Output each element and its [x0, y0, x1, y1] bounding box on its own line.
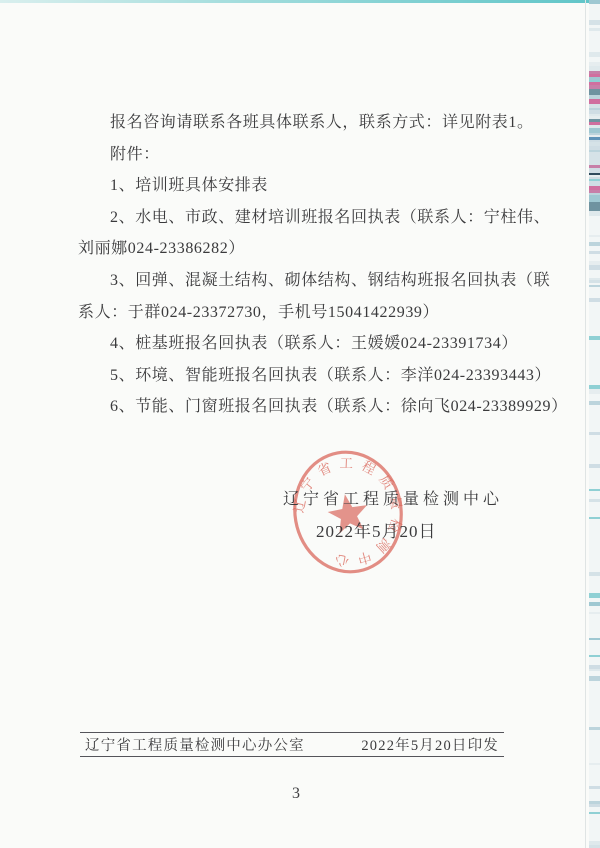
official-seal-stamp: 辽宁省工程质量检测中心	[280, 438, 417, 586]
paper-edge-line	[585, 0, 586, 848]
page-number: 3	[0, 785, 592, 803]
body-line: 报名咨询请联系各班具体联系人，联系方式：详见附表1。	[78, 107, 523, 139]
footer-office: 辽宁省工程质量检测中心办公室	[85, 734, 305, 755]
signature-date: 2022年5月20日	[316, 517, 437, 542]
body-line: 1、培训班具体安排表	[78, 170, 523, 202]
scan-noise-strip	[589, 0, 600, 848]
body-line: 4、桩基班报名回执表（联系人：王媛媛024-23391734）	[78, 328, 523, 360]
body-line: 3、回弹、混凝土结构、砌体结构、钢结构班报名回执表（联	[78, 265, 523, 297]
body-line: 刘丽娜024-23386282）	[78, 233, 523, 265]
scanner-artifact-top-line	[0, 0, 600, 3]
scanned-document-page: 报名咨询请联系各班具体联系人，联系方式：详见附表1。附件：1、培训班具体安排表2…	[0, 0, 600, 848]
body-line: 附件：	[78, 139, 523, 171]
signature-organization: 辽宁省工程质量检测中心	[283, 486, 503, 509]
body-line: 6、节能、门窗班报名回执表（联系人：徐向飞024-23389929）	[78, 391, 523, 423]
body-line: 2、水电、市政、建材培训班报名回执表（联系人：宁柱伟、	[78, 202, 523, 234]
body-line: 5、环境、智能班报名回执表（联系人：李洋024-23393443）	[78, 360, 523, 392]
body-text: 报名咨询请联系各班具体联系人，联系方式：详见附表1。附件：1、培训班具体安排表2…	[78, 107, 523, 423]
footer-bar: 辽宁省工程质量检测中心办公室 2022年5月20日印发	[80, 732, 504, 757]
footer-issue-date: 2022年5月20日印发	[361, 734, 499, 755]
body-line: 系人：于群024-23372730，手机号15041422939）	[78, 297, 523, 329]
